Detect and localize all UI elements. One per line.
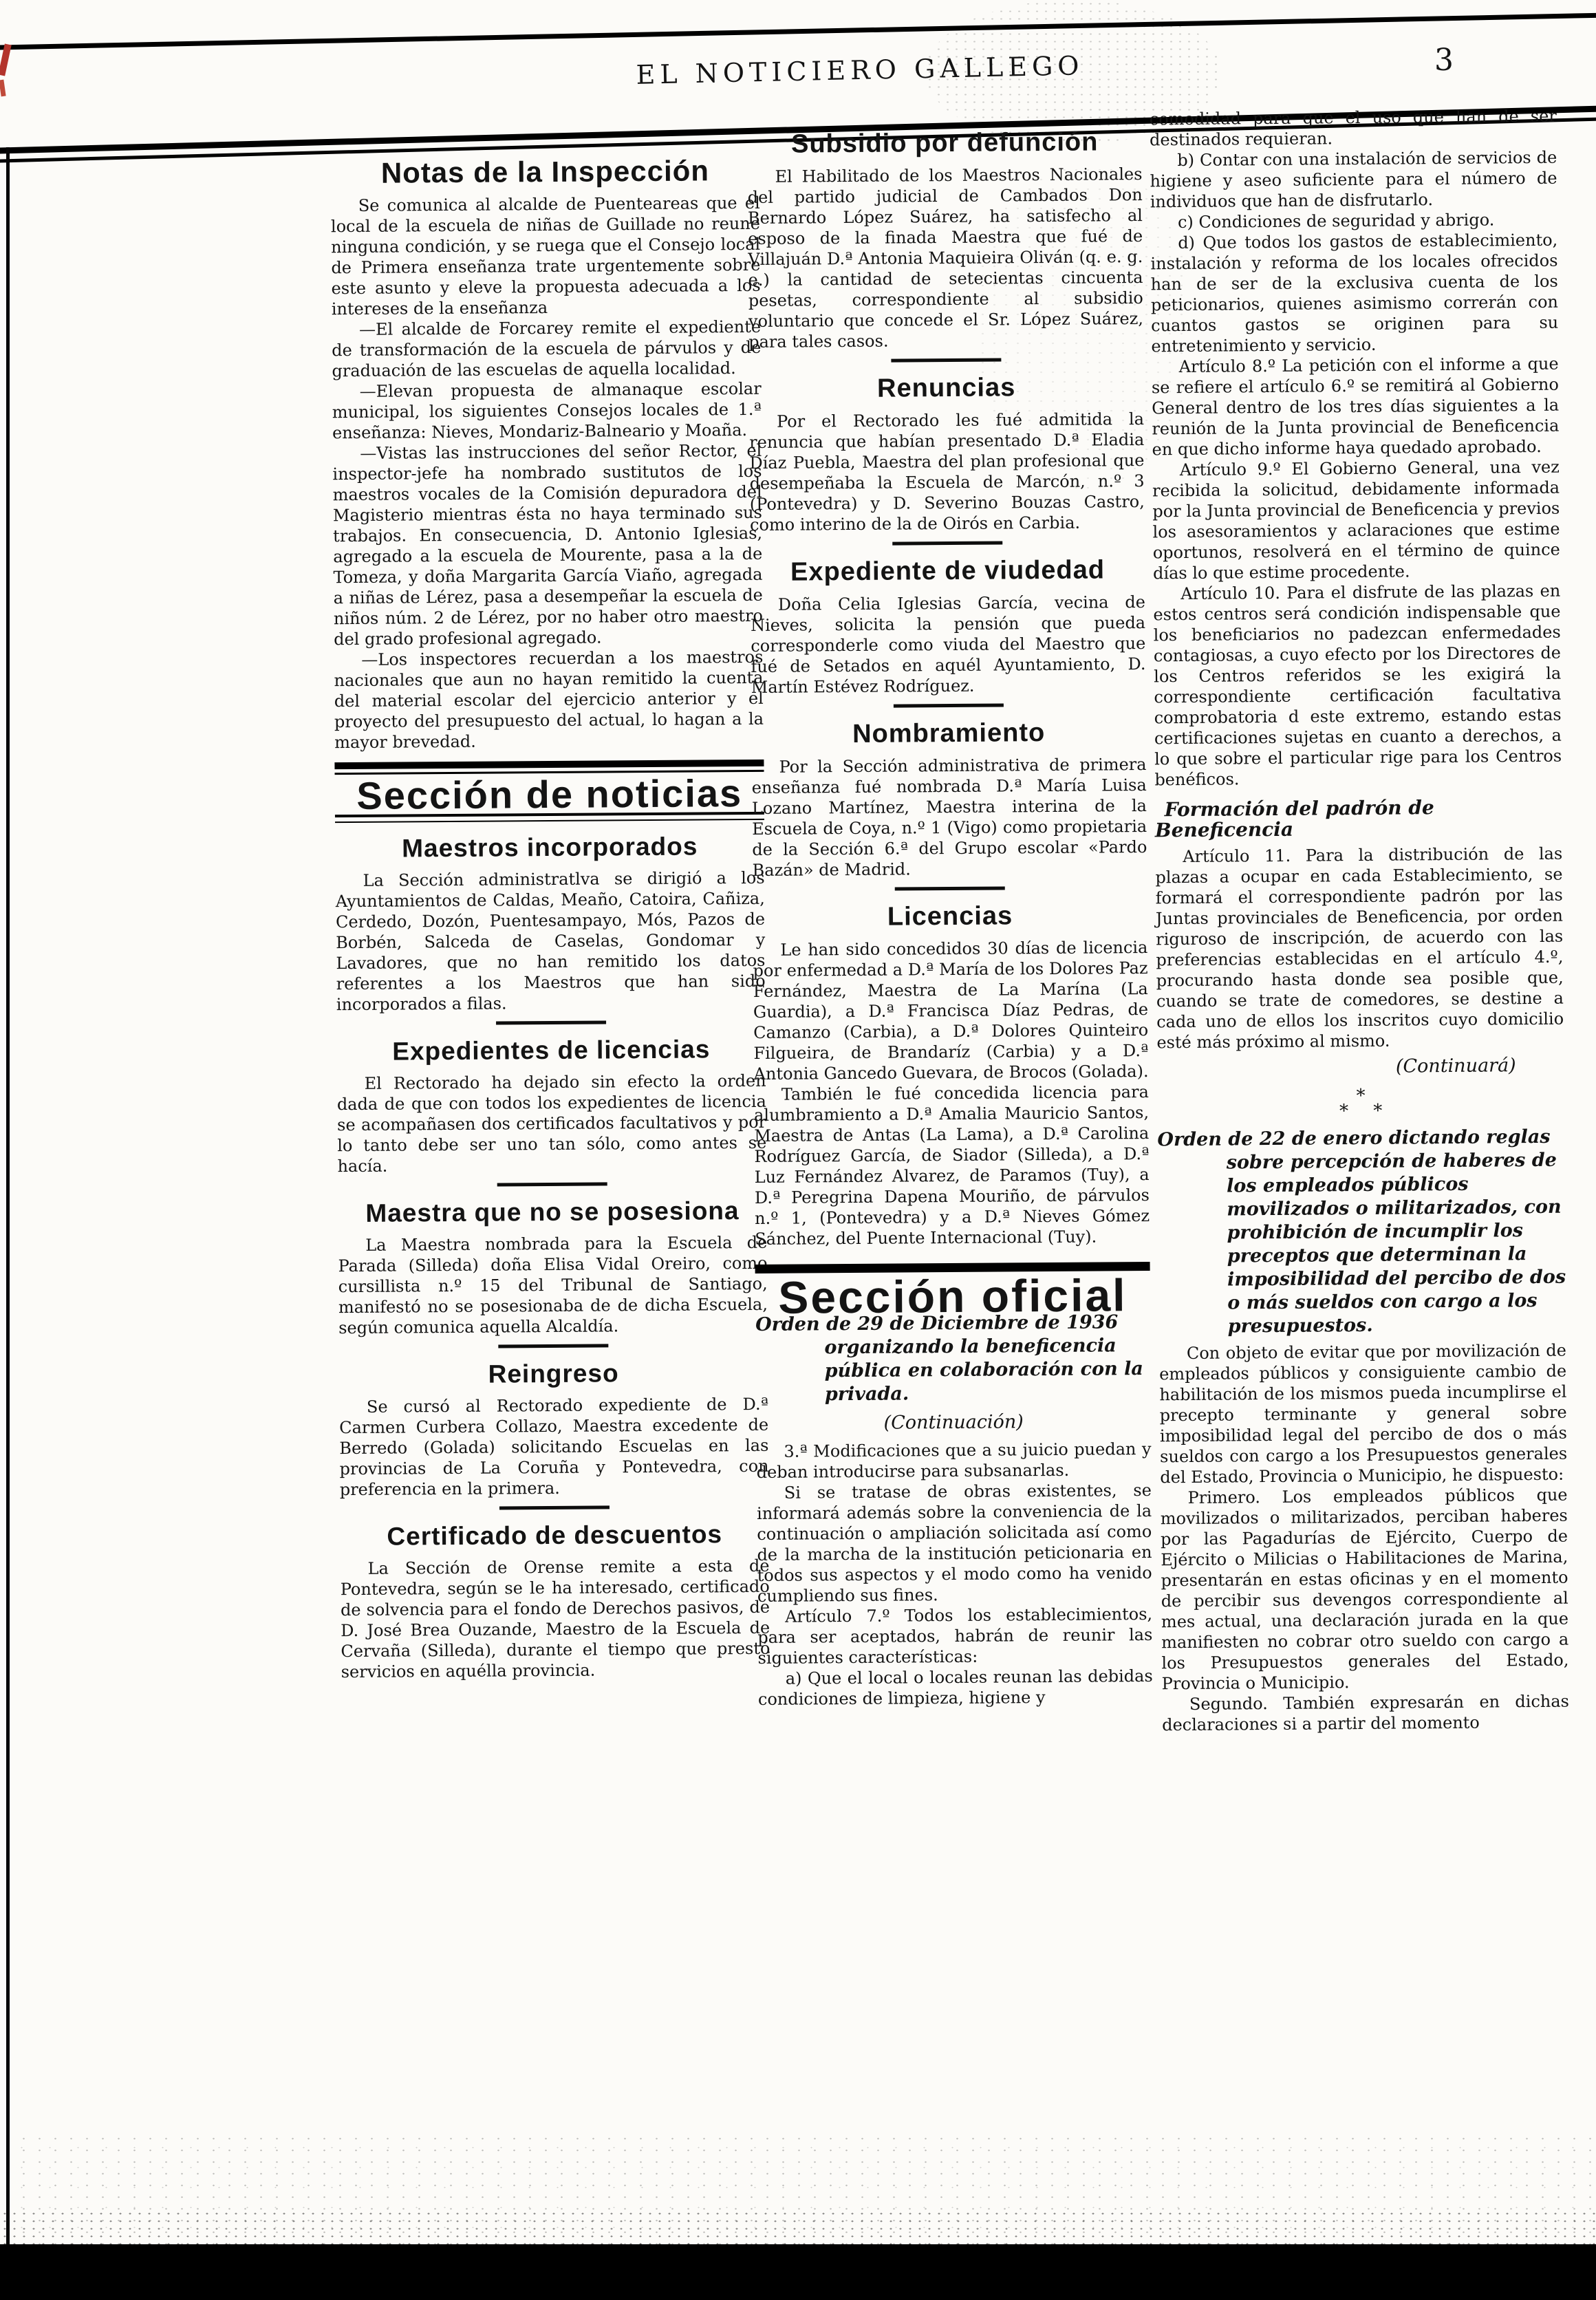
page-number: 3: [1434, 43, 1454, 78]
body-paragraph: a) Que el local o locales reunan las deb…: [758, 1666, 1153, 1710]
asterisk-separator: ** *: [1157, 1087, 1564, 1121]
body-paragraph: —Elevan propuesta de almanaque escolar m…: [332, 378, 762, 443]
body-paragraph: Le han sido concedidos 30 días de licenc…: [753, 937, 1148, 1084]
news-section-banner: Sección de noticias: [334, 760, 764, 823]
article-headline: Notas de la Inspección: [330, 155, 759, 189]
body-paragraph: Por la Sección administrativa de primera…: [751, 754, 1147, 881]
body-paragraph: El Habilitado de los Maestros Nacionales…: [747, 164, 1143, 352]
article-subhead: Certificado de descuentos: [340, 1519, 769, 1551]
banner-rule-heavy: [334, 760, 764, 769]
article-subhead: Reingreso: [338, 1357, 768, 1390]
body-paragraph: Por el Rectorado les fué admitida la ren…: [749, 409, 1145, 535]
separator-rule: [892, 541, 1002, 545]
article-headline: Nombramiento: [751, 717, 1146, 750]
article-headline: Renuncias: [749, 372, 1144, 405]
middle-column: Subsidio por defunciónEl Habilitado de l…: [747, 116, 1153, 1710]
body-paragraph: Primero. Los empleados públicos que movi…: [1160, 1485, 1568, 1695]
body-paragraph: Artículo 10. Para el disfrute de las pla…: [1153, 581, 1562, 791]
separator-rule: [496, 1020, 606, 1024]
official-section-banner: Sección oficial: [755, 1262, 1150, 1308]
separator-rule: [497, 1182, 607, 1186]
article-headline: Expediente de viudedad: [750, 555, 1145, 588]
article-subhead: Maestros incorporados: [335, 831, 764, 863]
newspaper-page: EL NOTICIERO GALLEGO 3 Notas de la Inspe…: [0, 0, 1596, 2300]
article-subhead: Expedientes de licencias: [336, 1034, 766, 1066]
asterisk: * *: [1157, 1102, 1564, 1121]
bottom-edge-strip: [0, 2244, 1596, 2300]
section-title: Sección oficial: [755, 1285, 1150, 1308]
body-paragraph: —El alcalde de Forcarey remite el expedi…: [332, 316, 762, 381]
body-paragraph: Artículo 11. Para la distribución de las…: [1155, 843, 1564, 1053]
body-paragraph: 3.ª Modificaciones que a su juicio pueda…: [756, 1439, 1151, 1483]
separator-rule: [499, 1505, 610, 1509]
scan-noise-band: [0, 2210, 1596, 2246]
article-headline: Licencias: [753, 900, 1147, 933]
continuation-note: (Continuación): [756, 1411, 1151, 1434]
body-paragraph: También le fué concedida licencia para a…: [754, 1082, 1150, 1249]
body-paragraph: La Maestra nombrada para la Escuela de P…: [338, 1232, 768, 1338]
body-paragraph: b) Contar con una instalación de servici…: [1150, 147, 1557, 213]
body-paragraph: Con objeto de evitar que por movilizació…: [1159, 1340, 1568, 1488]
right-column: comodidad para que el uso que han de ser…: [1150, 106, 1570, 1736]
body-paragraph: Se comunica al alcalde de Puenteareas qu…: [331, 193, 761, 319]
italic-subhead: Formación del padrón de Beneficencia: [1155, 797, 1562, 841]
body-paragraph: Se cursó al Rectorado expediente de D.ª …: [339, 1394, 769, 1500]
article-headline: Subsidio por defunción: [747, 127, 1142, 160]
body-paragraph: Segundo. También expresarán en dichas de…: [1162, 1691, 1569, 1736]
order-title: Orden de 29 de Diciembre de 1936 organiz…: [755, 1311, 1151, 1407]
body-paragraph: —Vistas las instrucciones del señor Rect…: [332, 440, 763, 649]
article-subhead: Maestra que no se posesiona: [338, 1196, 767, 1228]
continuation-note: (Continuará): [1157, 1055, 1564, 1079]
left-column: Notas de la InspecciónSe comunica al alc…: [330, 154, 770, 1682]
body-paragraph: c) Condiciones de seguridad y abrigo.: [1150, 209, 1557, 233]
banner-rule-bottom-thin: [335, 819, 764, 823]
separator-rule: [891, 358, 1001, 362]
top-edge-rule: [0, 12, 1596, 50]
left-edge-rule: [6, 147, 10, 2247]
body-paragraph: Artículo 9.º El Gobierno General, una ve…: [1152, 457, 1560, 584]
separator-rule: [894, 703, 1004, 707]
body-paragraph: d) Que todos los gastos de establecimien…: [1150, 230, 1558, 357]
body-paragraph: —Los inspectores recuerdan a los maestro…: [334, 647, 764, 753]
body-paragraph: Doña Celia Iglesias García, vecina de Ni…: [751, 592, 1146, 698]
body-paragraph: Artículo 7.º Todos los establecimientos,…: [757, 1604, 1153, 1668]
body-paragraph: La Sección de Orense remite a esta de Po…: [340, 1556, 770, 1682]
body-paragraph: El Rectorado ha dejado sin efecto la ord…: [337, 1071, 767, 1176]
separator-rule: [498, 1344, 608, 1348]
order-title: Orden de 22 de enero dictando reglas sob…: [1157, 1126, 1566, 1340]
section-title: Sección de noticias: [335, 783, 764, 806]
red-scan-mark: [0, 80, 6, 97]
separator-rule: [895, 886, 1005, 890]
body-paragraph: Artículo 8.º La petición con el informe …: [1152, 354, 1560, 460]
body-paragraph: comodidad para que el uso que han de ser…: [1150, 106, 1557, 151]
body-paragraph: Si se tratase de obras existentes, se in…: [757, 1480, 1152, 1606]
body-paragraph: La Sección administratlva se dirigió a l…: [336, 868, 766, 1015]
